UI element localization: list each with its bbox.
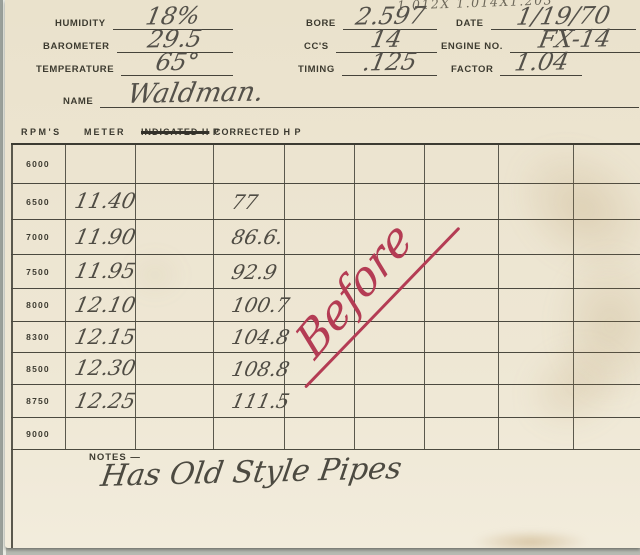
rpm-cell: 6000 [11, 145, 66, 183]
rpm-cell: 7500 [11, 255, 66, 288]
dyno-test-sheet: 1.012X 1.014X1.203 HUMIDITY 18% BAROMETE… [5, 0, 640, 548]
rpm-cell: 6500 [11, 184, 66, 219]
field-temperature: TEMPERATURE 65° [36, 52, 233, 76]
meter-cell: 12.25 [66, 385, 136, 417]
meter-cell: 11.40 [66, 184, 136, 219]
corrected-hp-cell: 86.6. [214, 220, 285, 254]
meter-cell: 12.30 [66, 353, 136, 384]
factor-label: FACTOR [451, 64, 493, 76]
field-bore: BORE 2.597 [306, 6, 437, 30]
meter-cell: 12.15 [66, 322, 136, 352]
corrected-hp-cell [214, 418, 285, 449]
field-humidity: HUMIDITY 18% [55, 6, 233, 30]
column-header-meter: METER [84, 127, 126, 137]
indicated-hp-cell [136, 145, 214, 183]
indicated-hp-cell [136, 184, 214, 219]
corrected-hp-cell [214, 145, 285, 183]
column-header-rpms: RPM'S [21, 127, 62, 137]
corrected-hp-cell: 77 [214, 184, 285, 219]
timing-value: .125 [361, 52, 419, 75]
scan-background: 1.012X 1.014X1.203 HUMIDITY 18% BAROMETE… [0, 0, 640, 555]
rpm-cell: 8000 [11, 289, 66, 321]
corrected-hp-cell: 92.9 [214, 255, 285, 288]
indicated-hp-cell [136, 418, 214, 449]
indicated-hp-cell [136, 353, 214, 384]
corrected-hp-cell: 111.5 [214, 385, 285, 417]
name-label: NAME [63, 96, 93, 108]
table-row: 6000 [11, 145, 640, 184]
column-header-corrected-hp: CORRECTED H P [214, 127, 302, 137]
meter-cell: 12.10 [66, 289, 136, 321]
temperature-label: TEMPERATURE [36, 64, 114, 76]
temperature-line: 65° [121, 52, 233, 76]
field-barometer: BAROMETER 29.5 [43, 29, 233, 53]
rpm-cell: 8300 [11, 322, 66, 352]
indicated-hp-cell [136, 255, 214, 288]
name-line: Waldman. [100, 82, 639, 108]
corrected-hp-cell: 104.8 [214, 322, 285, 352]
table-row: 9000 [11, 418, 640, 450]
name-value: Waldman. [98, 81, 266, 108]
indicated-hp-cell [136, 220, 214, 254]
field-factor: FACTOR 1.04 [451, 52, 582, 76]
table-row: 875012.25111.5 [11, 385, 640, 418]
paper-stain [473, 530, 588, 548]
field-name: NAME Waldman. [63, 82, 639, 108]
factor-value: 1.04 [512, 52, 570, 75]
meter-cell [66, 418, 136, 449]
meter-cell: 11.95 [66, 255, 136, 288]
timing-line: .125 [342, 52, 437, 76]
field-timing: TIMING .125 [298, 52, 437, 76]
rpm-cell: 8500 [11, 353, 66, 384]
struck-text: INDICATED H [141, 127, 209, 137]
temperature-value: 65° [154, 52, 201, 74]
corrected-hp-cell: 108.8 [214, 353, 285, 384]
column-header-indicated-hp: INDICATED H P [141, 127, 220, 137]
indicated-hp-cell [136, 289, 214, 321]
timing-label: TIMING [298, 64, 335, 76]
table-row: 700011.9086.6. [11, 220, 640, 255]
corrected-hp-cell: 100.7 [214, 289, 285, 321]
indicated-hp-cell [136, 385, 214, 417]
rpm-cell: 9000 [11, 418, 66, 449]
notes-value: Has Old Style Pipes [98, 451, 404, 494]
rpm-cell: 8750 [11, 385, 66, 417]
factor-line: 1.04 [500, 52, 582, 76]
indicated-hp-cell [136, 322, 214, 352]
table-row: 650011.4077 [11, 184, 640, 220]
rpm-cell: 7000 [11, 220, 66, 254]
meter-cell [66, 145, 136, 183]
meter-cell: 11.90 [66, 220, 136, 254]
